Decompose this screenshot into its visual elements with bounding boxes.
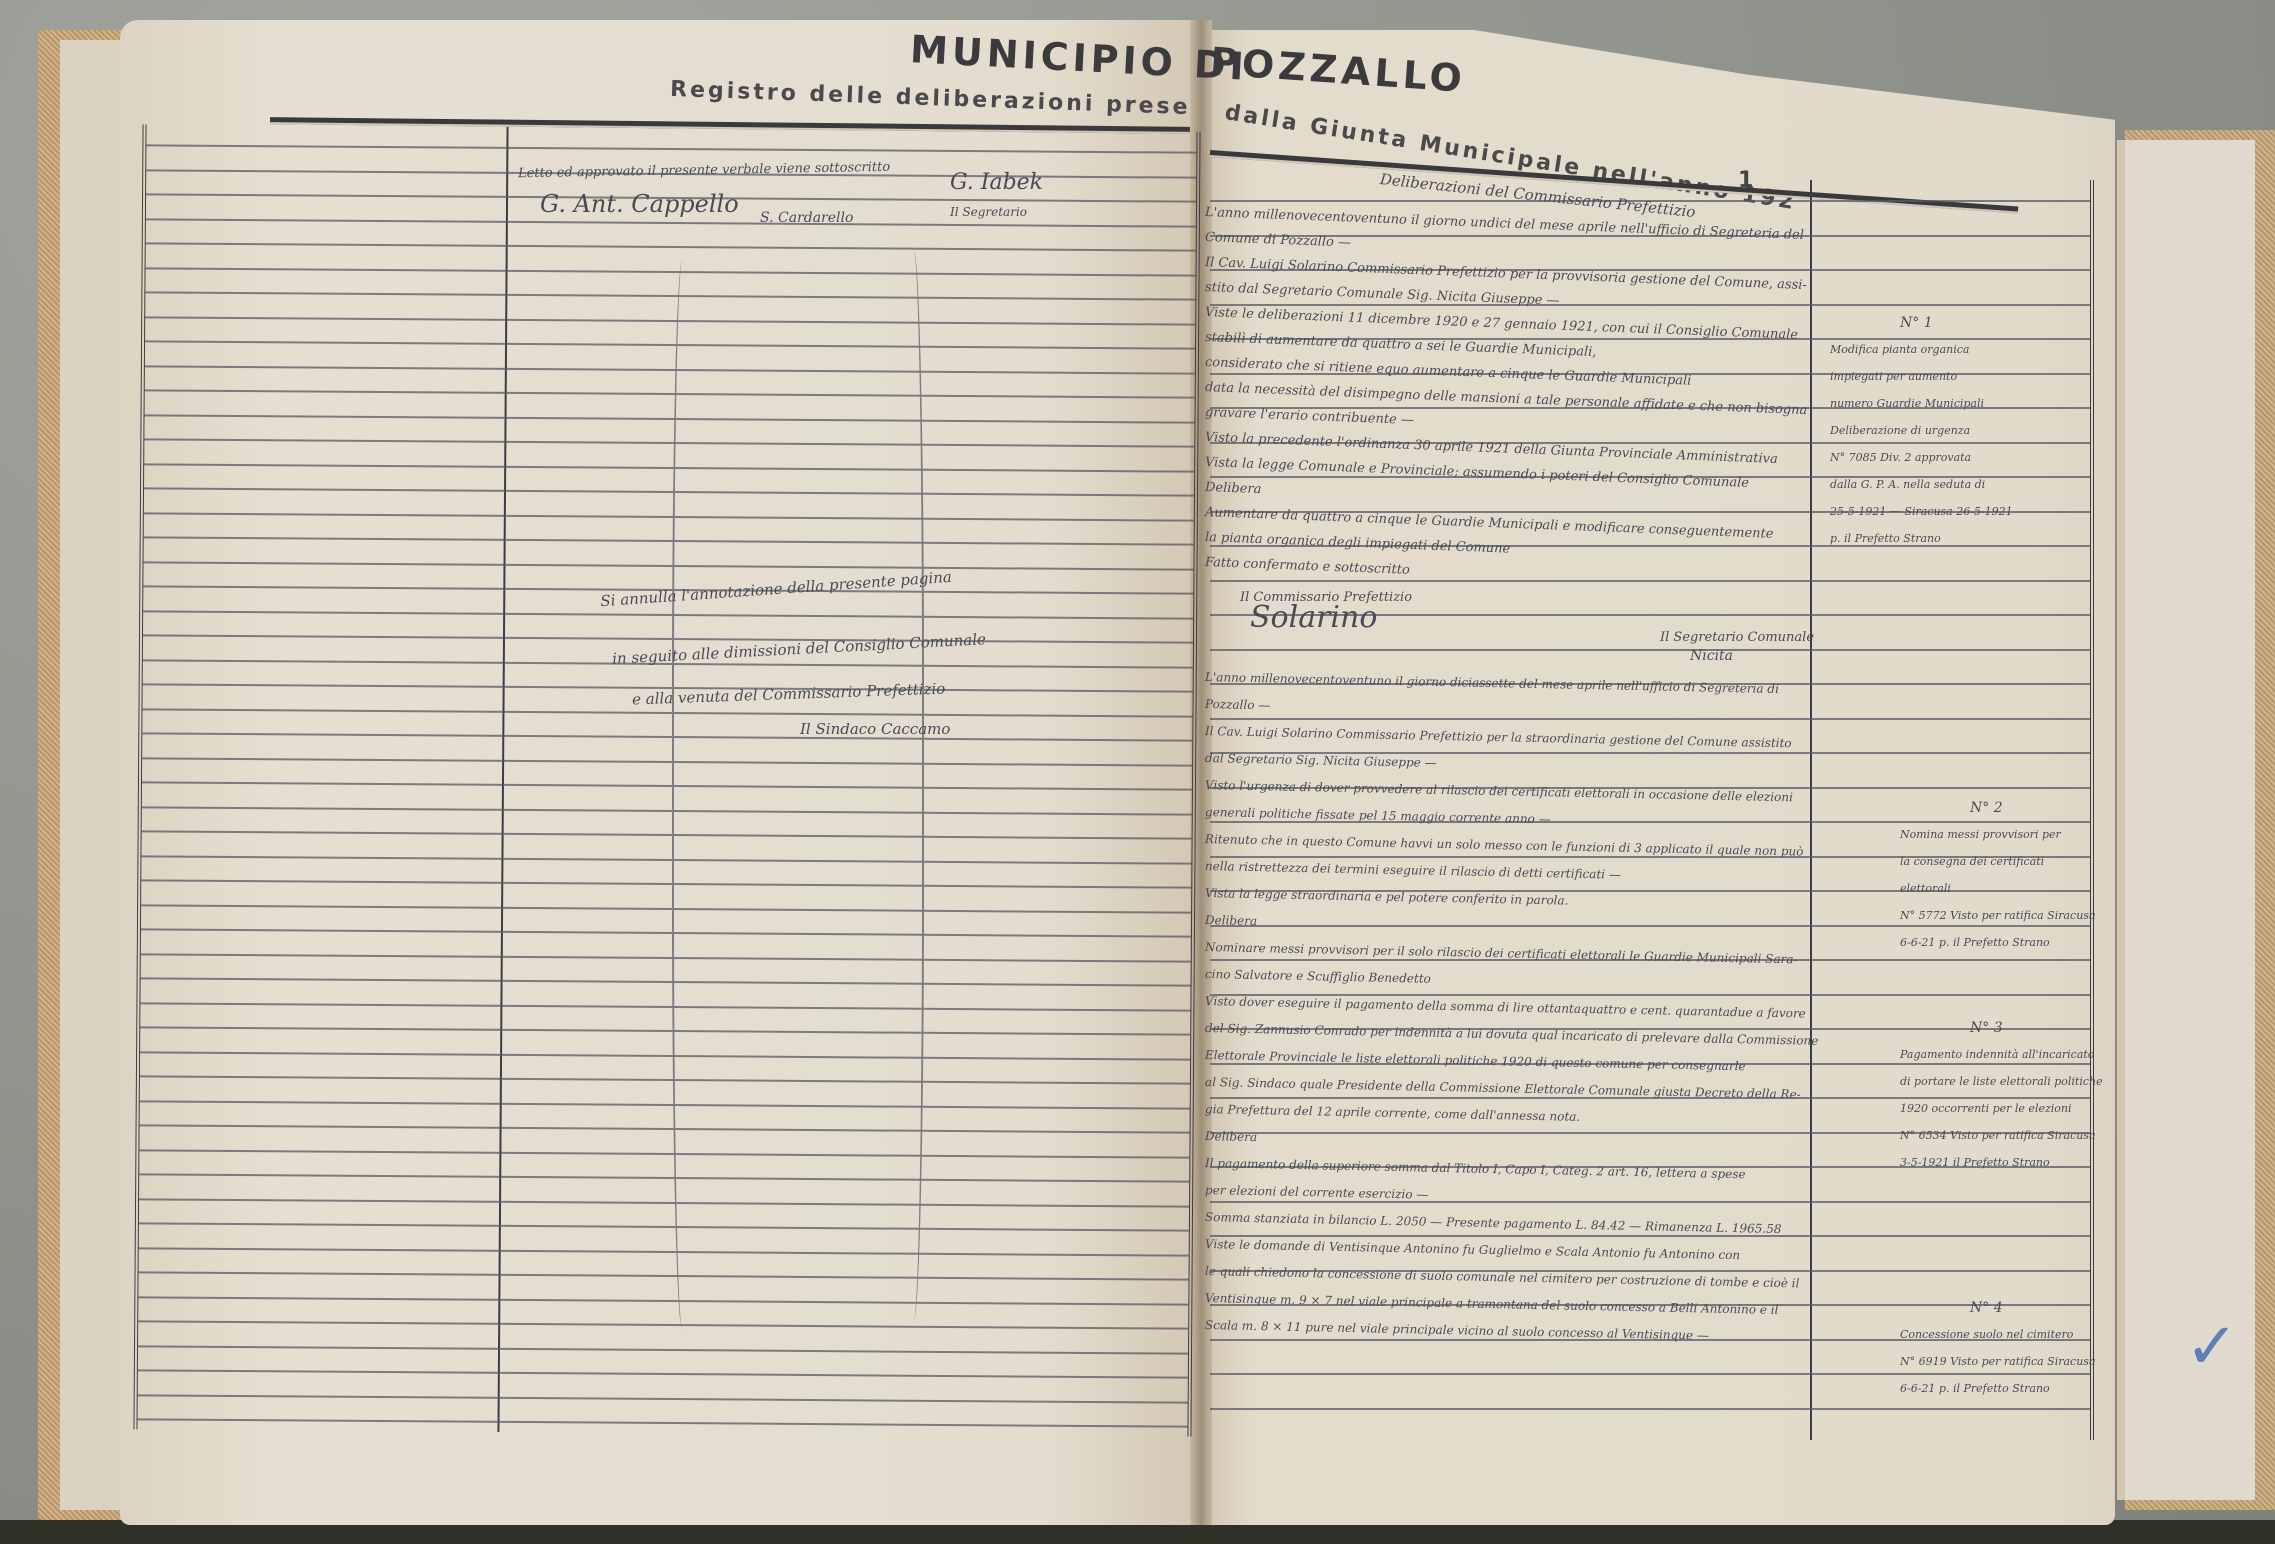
- ruled-line: [1210, 925, 2090, 927]
- signature-3-role: Il Segretario: [950, 205, 1027, 219]
- ruled-line: [139, 1198, 1189, 1207]
- ruled-line: [140, 1026, 1190, 1035]
- ruled-line: [141, 904, 1191, 913]
- ruled-line: [138, 1418, 1188, 1427]
- ruled-line: [145, 316, 1195, 325]
- ruled-line: [140, 1124, 1190, 1133]
- ruled-line: [1210, 1373, 2090, 1375]
- margin-note-line: N° 7085 Div. 2 approvata: [1830, 451, 1971, 464]
- ruled-line: [146, 267, 1196, 276]
- left-ruled-table: [133, 124, 1200, 1436]
- handwritten-line: Pozzallo —: [1205, 697, 1271, 712]
- ruled-line: [144, 561, 1194, 570]
- ruled-line: [142, 781, 1192, 790]
- ruled-line: [140, 1051, 1190, 1060]
- margin-note-line: Deliberazione di urgenza: [1830, 424, 1970, 437]
- margin-note-line: Modifica pianta organica: [1830, 343, 1969, 356]
- signature-1: G. Ant. Cappello: [540, 190, 739, 218]
- margin-note-line: di portare le liste elettorali politiche: [1900, 1075, 2103, 1088]
- ruled-line: [142, 732, 1192, 741]
- ruled-line: [144, 536, 1194, 545]
- ruled-line: [1210, 1235, 2090, 1237]
- ruled-line: [138, 1296, 1188, 1305]
- ruled-line: [141, 977, 1191, 986]
- cancel-note-signature: Il Sindaco Caccamo: [800, 720, 950, 738]
- margin-note-line: N° 6534 Visto per ratifica Siracusa: [1900, 1129, 2096, 1142]
- ruled-line: [142, 830, 1192, 839]
- signature-2: S. Cardarello: [760, 210, 853, 226]
- handwritten-line: Delibera: [1205, 480, 1262, 497]
- ruled-line: [1210, 1408, 2090, 1410]
- ruled-line: [142, 806, 1192, 815]
- ruled-line: [1210, 1201, 2090, 1203]
- page-stack-right: [2117, 140, 2255, 1500]
- ruled-line: [141, 953, 1191, 962]
- margin-note-line: 1920 occorrenti per le elezioni: [1900, 1102, 2072, 1115]
- ruled-line: [141, 879, 1191, 888]
- ruled-line: [1210, 718, 2090, 720]
- ruled-line: [144, 438, 1194, 447]
- ruled-line: [145, 414, 1195, 423]
- ruled-line: [145, 340, 1195, 349]
- margin-note-line: Concessione suolo nel cimitero: [1900, 1328, 2073, 1341]
- ruled-line: [142, 757, 1192, 766]
- ruled-line: [143, 610, 1193, 619]
- margin-entry-number: N° 3: [1970, 1020, 2003, 1036]
- margin-note-line: 6-6-21 p. il Prefetto Strano: [1900, 936, 2050, 949]
- margin-note-line: 25-5-1921 — Siracusa 26-5-1921: [1830, 505, 2013, 518]
- secretary-role: Il Segretario Comunale: [1660, 630, 1814, 645]
- commissioner-signature: Solarino: [1250, 600, 1377, 635]
- margin-note-line: Nomina messi provvisori per: [1900, 828, 2061, 841]
- margin-note-line: N° 6919 Visto per ratifica Siracusa: [1900, 1355, 2096, 1368]
- ruled-line: [140, 1100, 1190, 1109]
- margin-note-line: Pagamento indennità all'incaricato: [1900, 1048, 2094, 1061]
- margin-entry-number: N° 2: [1970, 800, 2003, 816]
- ruled-line: [142, 708, 1192, 717]
- margin-entry-number: N° 1: [1900, 315, 1933, 331]
- margin-note-line: 6-6-21 p. il Prefetto Strano: [1900, 1382, 2050, 1395]
- margin-note-line: numero Guardie Municipali: [1830, 397, 1984, 410]
- margin-note-line: dalla G. P. A. nella seduta di: [1830, 478, 1985, 491]
- ruled-line: [145, 389, 1195, 398]
- ruled-line: [146, 242, 1196, 251]
- margin-note-line: N° 5772 Visto per ratifica Siracusa: [1900, 909, 2096, 922]
- handwritten-line: Delibera: [1205, 913, 1257, 928]
- margin-entry-number: N° 4: [1970, 1300, 2003, 1316]
- ruled-line: [1210, 304, 2090, 306]
- ruled-line: [139, 1222, 1189, 1231]
- ruled-line: [139, 1271, 1189, 1280]
- ruled-line: [139, 1149, 1189, 1158]
- ruled-line: [1210, 649, 2090, 651]
- ruled-line: [140, 1002, 1190, 1011]
- ruled-line: [1210, 994, 2090, 996]
- margin-note-line: 3-5-1921 il Prefetto Strano: [1900, 1156, 2050, 1169]
- ruled-line: [140, 1075, 1190, 1084]
- ruled-line: [146, 218, 1196, 227]
- ruled-line: [145, 291, 1195, 300]
- ruled-line: [138, 1394, 1188, 1403]
- ruled-line: [146, 144, 1196, 153]
- ruled-line: [144, 487, 1194, 496]
- margin-note-line: la consegna dei certificati: [1900, 855, 2044, 868]
- margin-note-line: impiegati per aumento: [1830, 370, 1957, 383]
- margin-note-line: p. il Prefetto Strano: [1830, 532, 1941, 545]
- left-col-divider-1: [497, 127, 508, 1432]
- right-col-divider: [1810, 180, 1812, 1440]
- margin-note-line: elettorali: [1900, 882, 1951, 895]
- ruled-line: [144, 463, 1194, 472]
- ruled-line: [143, 634, 1193, 643]
- ruled-line: [138, 1345, 1188, 1354]
- ruled-line: [1210, 580, 2090, 582]
- ruled-line: [141, 928, 1191, 937]
- handwritten-line: Delibera: [1205, 1129, 1257, 1144]
- pencil-strike-right: [898, 250, 924, 1320]
- ruled-line: [144, 512, 1194, 521]
- ruled-line: [145, 365, 1195, 374]
- check-mark-icon: ✓: [2185, 1310, 2239, 1384]
- signature-3: G. Iabek: [950, 170, 1043, 195]
- secretary-signature: Nicita: [1690, 648, 1733, 664]
- ruled-line: [138, 1369, 1188, 1378]
- ruled-line: [141, 855, 1191, 864]
- pencil-strike-left: [672, 260, 698, 1330]
- ruled-line: [139, 1173, 1189, 1182]
- ruled-line: [139, 1247, 1189, 1256]
- ruled-line: [138, 1320, 1188, 1329]
